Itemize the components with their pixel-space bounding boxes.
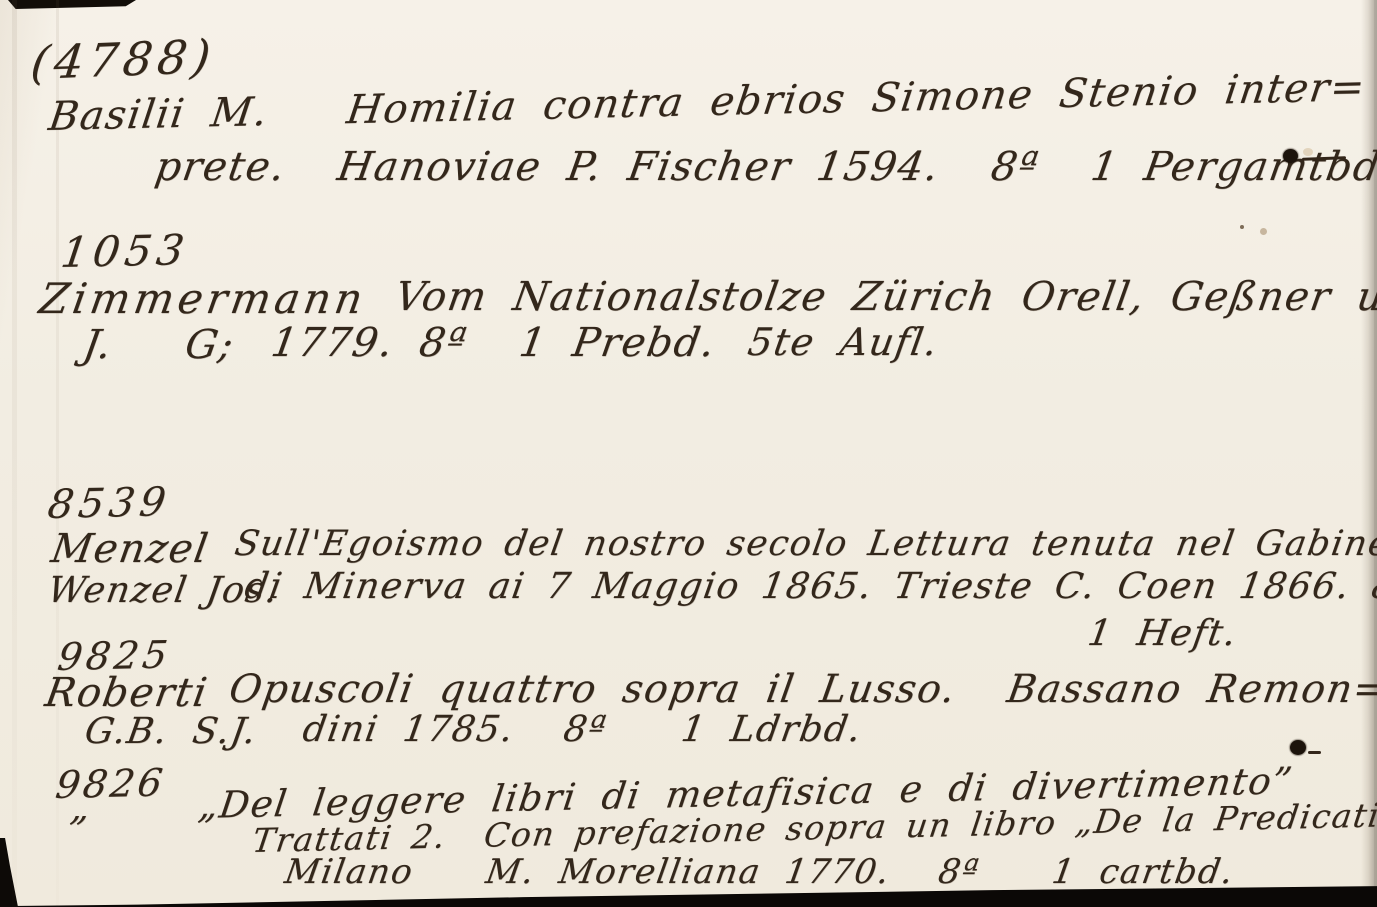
- entry-number: (4788): [28, 29, 218, 90]
- entry-title: Vom Nationalstolze Zürich Orell, Geßner …: [392, 274, 1377, 320]
- entry-initial: G;: [182, 322, 238, 368]
- paper-crease: [12, 0, 17, 907]
- entry-number: 1053: [58, 225, 192, 277]
- entry-line: Milano M. Morelliana 1770. 8ª 1 cartbd.: [282, 852, 1237, 892]
- entry-number: 9826: [53, 761, 168, 807]
- entry-imprint: 1779. 8ª 1 Prebd.: [268, 320, 719, 366]
- entry-author: Menzel: [48, 526, 212, 572]
- ink-dash: [1308, 751, 1321, 754]
- speck: [1240, 225, 1244, 229]
- entry-line: Sull'Egoismo del nostro secolo Lettura t…: [232, 524, 1377, 564]
- entry-initial: J.: [80, 322, 116, 368]
- ink-blot: [1283, 149, 1298, 163]
- scan-edge-top-left: [8, 0, 136, 9]
- entry-line: Basilii M. Homilia contra ebrios Simone …: [46, 64, 1369, 140]
- entry-line: dini 1785. 8ª 1 Ldrbd.: [300, 709, 865, 750]
- entry-author: G.B. S.J.: [82, 711, 260, 752]
- entry-number: 8539: [45, 479, 173, 528]
- entry-line: 1 Heft.: [1085, 613, 1240, 654]
- entry-line: prete. Hanoviae P. Fischer 1594. 8ª 1 Pe…: [152, 144, 1377, 190]
- entry-line: di Minerva ai 7 Maggio 1865. Trieste C. …: [242, 566, 1377, 607]
- catalog-card: (4788) Basilii M. Homilia contra ebrios …: [0, 0, 1377, 907]
- pinhole: [1260, 228, 1267, 235]
- entry-line: Opuscoli quattro sopra il Lusso. Bassano…: [226, 667, 1377, 712]
- card-right-edge-shadow: [1361, 0, 1377, 907]
- ink-blot: [1290, 740, 1306, 755]
- entry-author: Zimmermann: [36, 274, 370, 323]
- entry-author: Roberti: [42, 670, 211, 716]
- entry-edition: 5te Aufl.: [745, 320, 942, 364]
- paper-spot: [1303, 148, 1313, 156]
